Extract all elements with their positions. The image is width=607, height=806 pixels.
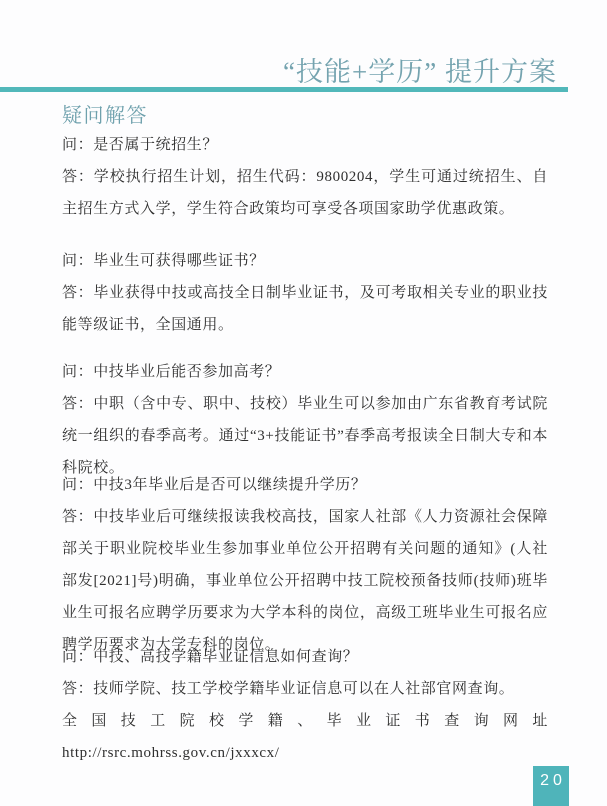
qa-question: 问：毕业生可获得哪些证书？ [62,245,548,277]
qa-answer: 答：毕业获得中技或高技全日制毕业证书，及可考取相关专业的职业技能等级证书，全国通… [62,277,548,341]
qa-answer: 答：中技毕业后可继续报读我校高技，国家人社部《人力资源社会保障部关于职业院校毕业… [62,501,548,661]
document-page: “技能+学历” 提升方案 疑问解答 问：是否属于统招生？ 答：学校执行招生计划，… [0,0,607,806]
qa-question: 问：中技、高技学籍毕业证信息如何查询？ [62,641,548,673]
qa-question: 问：中技3年毕业后是否可以继续提升学历？ [62,469,548,501]
header-rule [0,87,568,92]
qa-block: 问：中技、高技学籍毕业证信息如何查询？ 答：技师学院、技工学校学籍毕业证信息可以… [62,641,548,769]
page-title: “技能+学历” 提升方案 [283,50,557,89]
qa-block: 问：毕业生可获得哪些证书？ 答：毕业获得中技或高技全日制毕业证书，及可考取相关专… [62,245,548,341]
qa-question: 问：中技毕业后能否参加高考？ [62,356,548,388]
qa-block: 问：是否属于统招生？ 答：学校执行招生计划，招生代码：9800204，学生可通过… [62,129,548,225]
qa-block: 问：中技3年毕业后是否可以继续提升学历？ 答：中技毕业后可继续报读我校高技，国家… [62,469,548,661]
qa-block: 问：中技毕业后能否参加高考？ 答：中职（含中专、职中、技校）毕业生可以参加由广东… [62,356,548,484]
qa-answer: 答：技师学院、技工学校学籍毕业证信息可以在人社部官网查询。 [62,673,548,705]
qa-answer: 答：学校执行招生计划，招生代码：9800204，学生可通过统招生、自主招生方式入… [62,161,548,225]
section-heading: 疑问解答 [62,99,148,128]
qa-question: 问：是否属于统招生？ [62,129,548,161]
page-number-badge: 20 [533,766,569,806]
qa-query-url-line: 全国技工院校学籍、毕业证书查询网址 http://rsrc.mohrss.gov… [62,705,548,769]
